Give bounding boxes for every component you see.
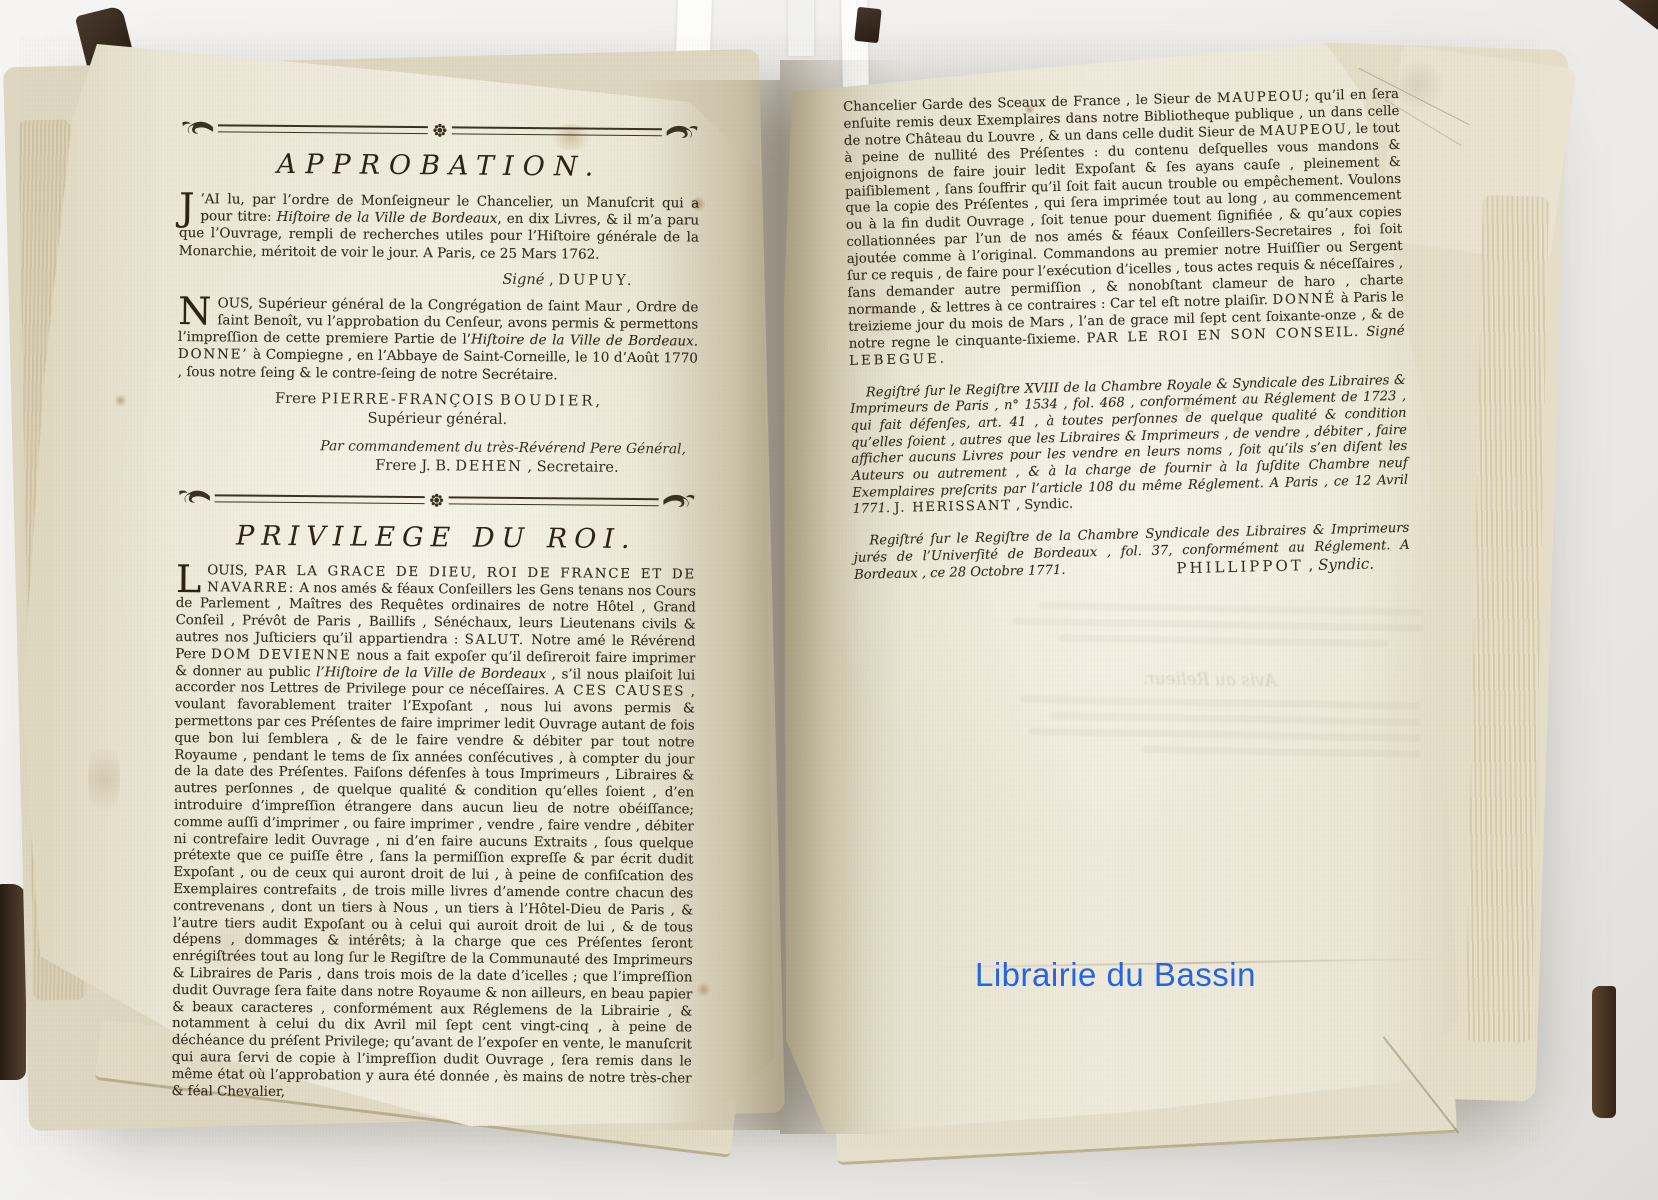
- flourish-left-icon: [180, 118, 214, 137]
- signature-dehen: Frere J. B. DEHEN , Secretaire.: [177, 455, 697, 477]
- commandement-line: Par commandement du très-Révérend Pere G…: [177, 437, 697, 458]
- privilege-title: PRIVILEGE DU ROI.: [176, 520, 696, 556]
- drop-cap: L: [176, 565, 201, 594]
- approbation-paragraph: J’AI lu, par l’ordre de Monſeigneur le C…: [179, 191, 700, 264]
- paper-bookmark-tab: [788, 0, 814, 56]
- headpiece-rule: [180, 116, 700, 145]
- drop-cap: N: [178, 297, 212, 326]
- book-photo: APPROBATION. J’AI lu, par l’ordre de Mon…: [0, 0, 1658, 1200]
- signature-boudier-title: Supérieur général.: [177, 408, 697, 430]
- headpiece-rule: [177, 486, 697, 515]
- privilege-paragraph-text: OUIS, PAR LA GRACE DE DIEU, ROI DE FRANC…: [171, 563, 696, 1099]
- left-page-content: APPROBATION. J’AI lu, par l’ordre de Mon…: [171, 116, 700, 1113]
- flourish-left-icon: [177, 488, 211, 507]
- registration-paris: Regiſtré ſur le Regiſtre XVIII de la Cha…: [850, 372, 1409, 519]
- approbation-paragraph-text: ’AI lu, par l’ordre de Monſeigneur le Ch…: [179, 191, 700, 262]
- right-page-content: Chancelier Garde des Sceaux de France , …: [843, 87, 1411, 600]
- seller-watermark: Librairie du Bassin: [975, 956, 1256, 994]
- binding-leather-edge: [0, 884, 26, 1080]
- binding-leather-corner: [854, 7, 881, 43]
- rule-line: [452, 126, 662, 136]
- privilege-paragraph: LOUIS, PAR LA GRACE DE DIEU, ROI DE FRAN…: [171, 563, 696, 1105]
- permission-paragraph: NOUS, Supérieur général de la Congrégati…: [178, 295, 699, 386]
- flourish-right-icon: [666, 123, 700, 142]
- rosette-icon: [429, 492, 445, 508]
- permission-paragraph-text: OUS, Supérieur général de la Congrégatio…: [178, 295, 699, 383]
- privilege-continuation-paragraph: Chancelier Garde des Sceaux de France , …: [843, 87, 1405, 371]
- signature-boudier: Frere PIERRE-FRANÇOIS BOUDIER,: [177, 389, 697, 411]
- binding-leather-corner: [1608, 0, 1658, 30]
- rule-line: [218, 124, 428, 134]
- rule-line: [449, 496, 659, 506]
- binding-leather-edge: [1592, 986, 1616, 1118]
- rule-line: [215, 494, 425, 504]
- drop-cap: J: [179, 193, 194, 222]
- flourish-right-icon: [663, 493, 697, 512]
- rosette-icon: [432, 122, 448, 138]
- approbation-title: APPROBATION.: [179, 148, 699, 184]
- signature-dupuy: Signé , DUPUY.: [179, 268, 699, 290]
